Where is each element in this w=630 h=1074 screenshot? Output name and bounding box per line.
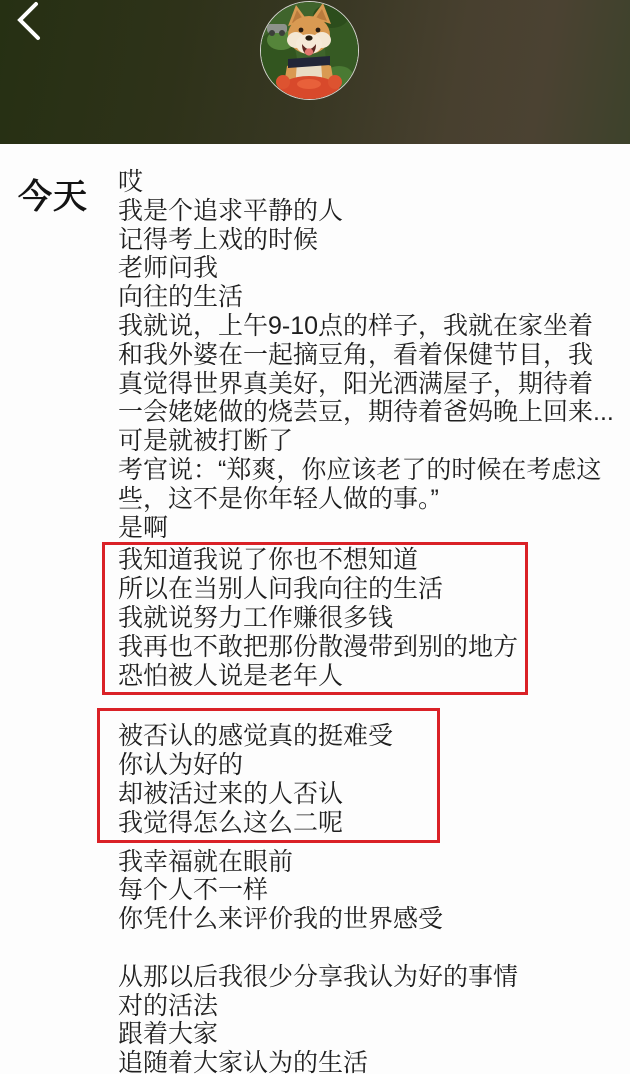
text-line: 被否认的感觉真的挺难受 xyxy=(118,722,437,751)
text-line: 记得考上戏的时候 xyxy=(118,226,623,255)
text-line: 考官说：“郑爽，你应该老了的时候在考虑这 xyxy=(118,456,623,485)
text-line: 些，这不是你年轻人做的事。” xyxy=(118,485,623,514)
text-line: 和我外婆在一起摘豆角，看着保健节目，我 xyxy=(118,341,623,370)
text-line: 老师问我 xyxy=(118,254,623,283)
text-line: 恐怕被人说是老年人 xyxy=(118,662,525,691)
text-line: 你凭什么来评价我的世界感受 xyxy=(118,905,623,934)
outro-lines: 我幸福就在眼前每个人不一样你凭什么来评价我的世界感受 从那以后我很少分享我认为好… xyxy=(118,848,623,1074)
text-line: 追随着大家认为的生活 xyxy=(118,1049,623,1074)
text-line: 可是就被打断了 xyxy=(118,427,623,456)
shiba-dog-avatar-icon xyxy=(261,2,358,99)
text-line: 哎 xyxy=(118,168,623,197)
text-line: 从那以后我很少分享我认为好的事情 xyxy=(118,963,623,992)
post-detail-page: 今天 哎我是个追求平静的人记得考上戏的时候老师问我向往的生活我就说，上午9-10… xyxy=(0,0,630,1074)
profile-header xyxy=(0,0,630,144)
date-label: 今天 xyxy=(18,169,88,218)
text-line: 跟着大家 xyxy=(118,1020,623,1049)
avatar[interactable] xyxy=(261,2,358,99)
text-line: 我是个追求平静的人 xyxy=(118,197,623,226)
text-line: 我再也不敢把那份散漫带到别的地方 xyxy=(118,633,525,662)
text-line xyxy=(118,934,623,963)
text-line: 每个人不一样 xyxy=(118,876,623,905)
highlight-box-2: 被否认的感觉真的挺难受你认为好的却被活过来的人否认我觉得怎么这么二呢 xyxy=(97,708,440,842)
intro-lines: 哎我是个追求平静的人记得考上戏的时候老师问我向往的生活我就说，上午9-10点的样… xyxy=(118,168,623,542)
text-line: 对的活法 xyxy=(118,992,623,1021)
text-line: 我觉得怎么这么二呢 xyxy=(118,809,437,838)
text-line: 我就说努力工作赚很多钱 xyxy=(118,604,525,633)
highlight-box-1: 我知道我说了你也不想知道所以在当别人问我向往的生活我就说努力工作赚很多钱我再也不… xyxy=(102,542,528,695)
text-line: 向往的生活 xyxy=(118,283,623,312)
post-text: 哎我是个追求平静的人记得考上戏的时候老师问我向往的生活我就说，上午9-10点的样… xyxy=(118,168,623,1074)
back-button[interactable] xyxy=(12,0,46,42)
text-line: 真觉得世界真美好，阳光洒满屋子，期待着 xyxy=(118,370,623,399)
text-line: 我知道我说了你也不想知道 xyxy=(118,546,525,575)
text-line: 我就说，上午9-10点的样子，我就在家坐着 xyxy=(118,312,623,341)
text-line: 却被活过来的人否认 xyxy=(118,780,437,809)
text-line: 所以在当别人问我向往的生活 xyxy=(118,575,525,604)
text-line: 一会姥姥做的烧芸豆，期待着爸妈晚上回来... xyxy=(118,398,623,427)
chevron-left-icon xyxy=(12,30,46,45)
text-line: 是啊 xyxy=(118,514,623,543)
text-line: 你认为好的 xyxy=(118,751,437,780)
text-line: 我幸福就在眼前 xyxy=(118,848,623,877)
